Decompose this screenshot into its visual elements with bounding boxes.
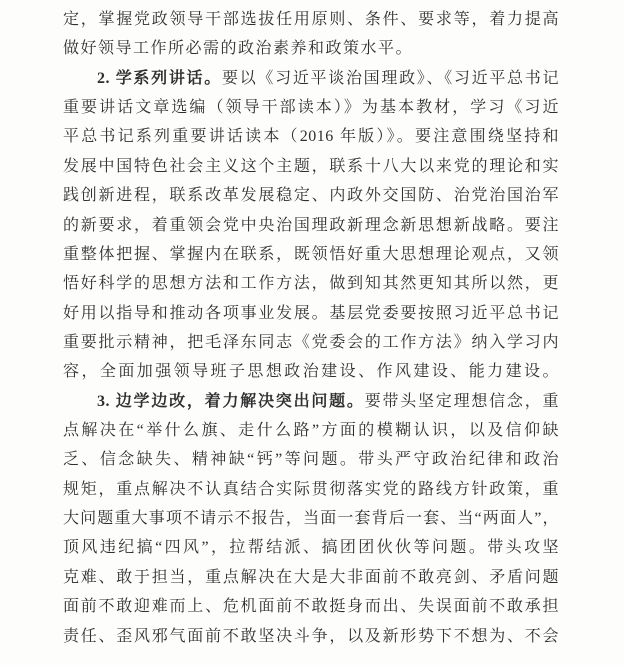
text-line: 乏、信念缺失、精神缺“钙”等问题。带头严守政治纪律和政治 [63, 445, 559, 474]
text-line: 克难、敢于担当，重点解决在大是大非面前不敢亮剑、矛盾问题 [63, 563, 559, 592]
text-line: 平总书记系列重要讲话读本（2016 年版）》。要注意围绕坚持和 [63, 122, 559, 151]
text-line: 大问题重大事项不请示不报告，当面一套背后一套、当“两面人”， [63, 504, 559, 533]
text-line: 3. 边学边改，着力解决突出问题。要带头坚定理想信念，重 [63, 387, 559, 416]
text-line: 悟好科学的思想方法和工作方法，做到知其然更知其所以然，更 [63, 269, 559, 298]
text-line: 重整体把握、掌握内在联系，既领悟好重大思想理论观点，又领 [63, 240, 559, 269]
text-line: 面前不敢迎难而上、危机面前不敢挺身而出、失误面前不敢承担 [63, 592, 559, 621]
text-line: 规矩，重点解决不认真结合实际贯彻落实党的路线方针政策，重 [63, 475, 559, 504]
text-line: 践创新进程，联系改革发展稳定、内政外交国防、治党治国治军 [63, 181, 559, 210]
text-line: 的新要求，着重领会党中央治国理政新理念新思想新战略。要注 [63, 211, 559, 240]
document-screenshot: { "page": { "background_color": "#fdfdfc… [0, 0, 624, 665]
text-line: 重要讲话文章选编（领导干部读本）》为基本教材，学习《习近 [63, 93, 559, 122]
heading-lead: 3. 边学边改，着力解决突出问题。 [97, 393, 365, 410]
text-line: 好用以指导和推动各项事业发展。基层党委要按照习近平总书记 [63, 299, 559, 328]
heading-lead: 2. 学系列讲话。 [97, 70, 222, 87]
line-text: 要带头坚定理想信念，重 [365, 393, 559, 410]
text-line: 做好领导工作所必需的政治素养和政策水平。 [63, 34, 559, 63]
text-line: 责任、歪风邪气面前不敢坚决斗争，以及新形势下不想为、不会 [63, 622, 559, 651]
text-line: 容，全面加强领导班子思想政治建设、作风建设、能力建设。 [63, 357, 559, 386]
text-line: 点解决在“举什么旗、走什么路”方面的模糊认识，以及信仰缺 [63, 416, 559, 445]
text-line: 定，掌握党政领导干部选拔任用原则、条件、要求等，着力提高 [63, 5, 559, 34]
document-text-block: 定，掌握党政领导干部选拔任用原则、条件、要求等，着力提高做好领导工作所必需的政治… [63, 5, 559, 651]
text-line: 发展中国特色社会主义这个主题，联系十八大以来党的理论和实 [63, 152, 559, 181]
line-text: 要以《习近平谈治国理政》、《习近平总书记 [222, 70, 559, 87]
text-line: 顶风违纪搞“四风”，拉帮结派、搞团团伙伙等问题。带头攻坚 [63, 533, 559, 562]
document-page: 定，掌握党政领导干部选拔任用原则、条件、要求等，着力提高做好领导工作所必需的政治… [0, 0, 624, 665]
text-line: 重要批示精神，把毛泽东同志《党委会的工作方法》纳入学习内 [63, 328, 559, 357]
text-line: 2. 学系列讲话。要以《习近平谈治国理政》、《习近平总书记 [63, 64, 559, 93]
